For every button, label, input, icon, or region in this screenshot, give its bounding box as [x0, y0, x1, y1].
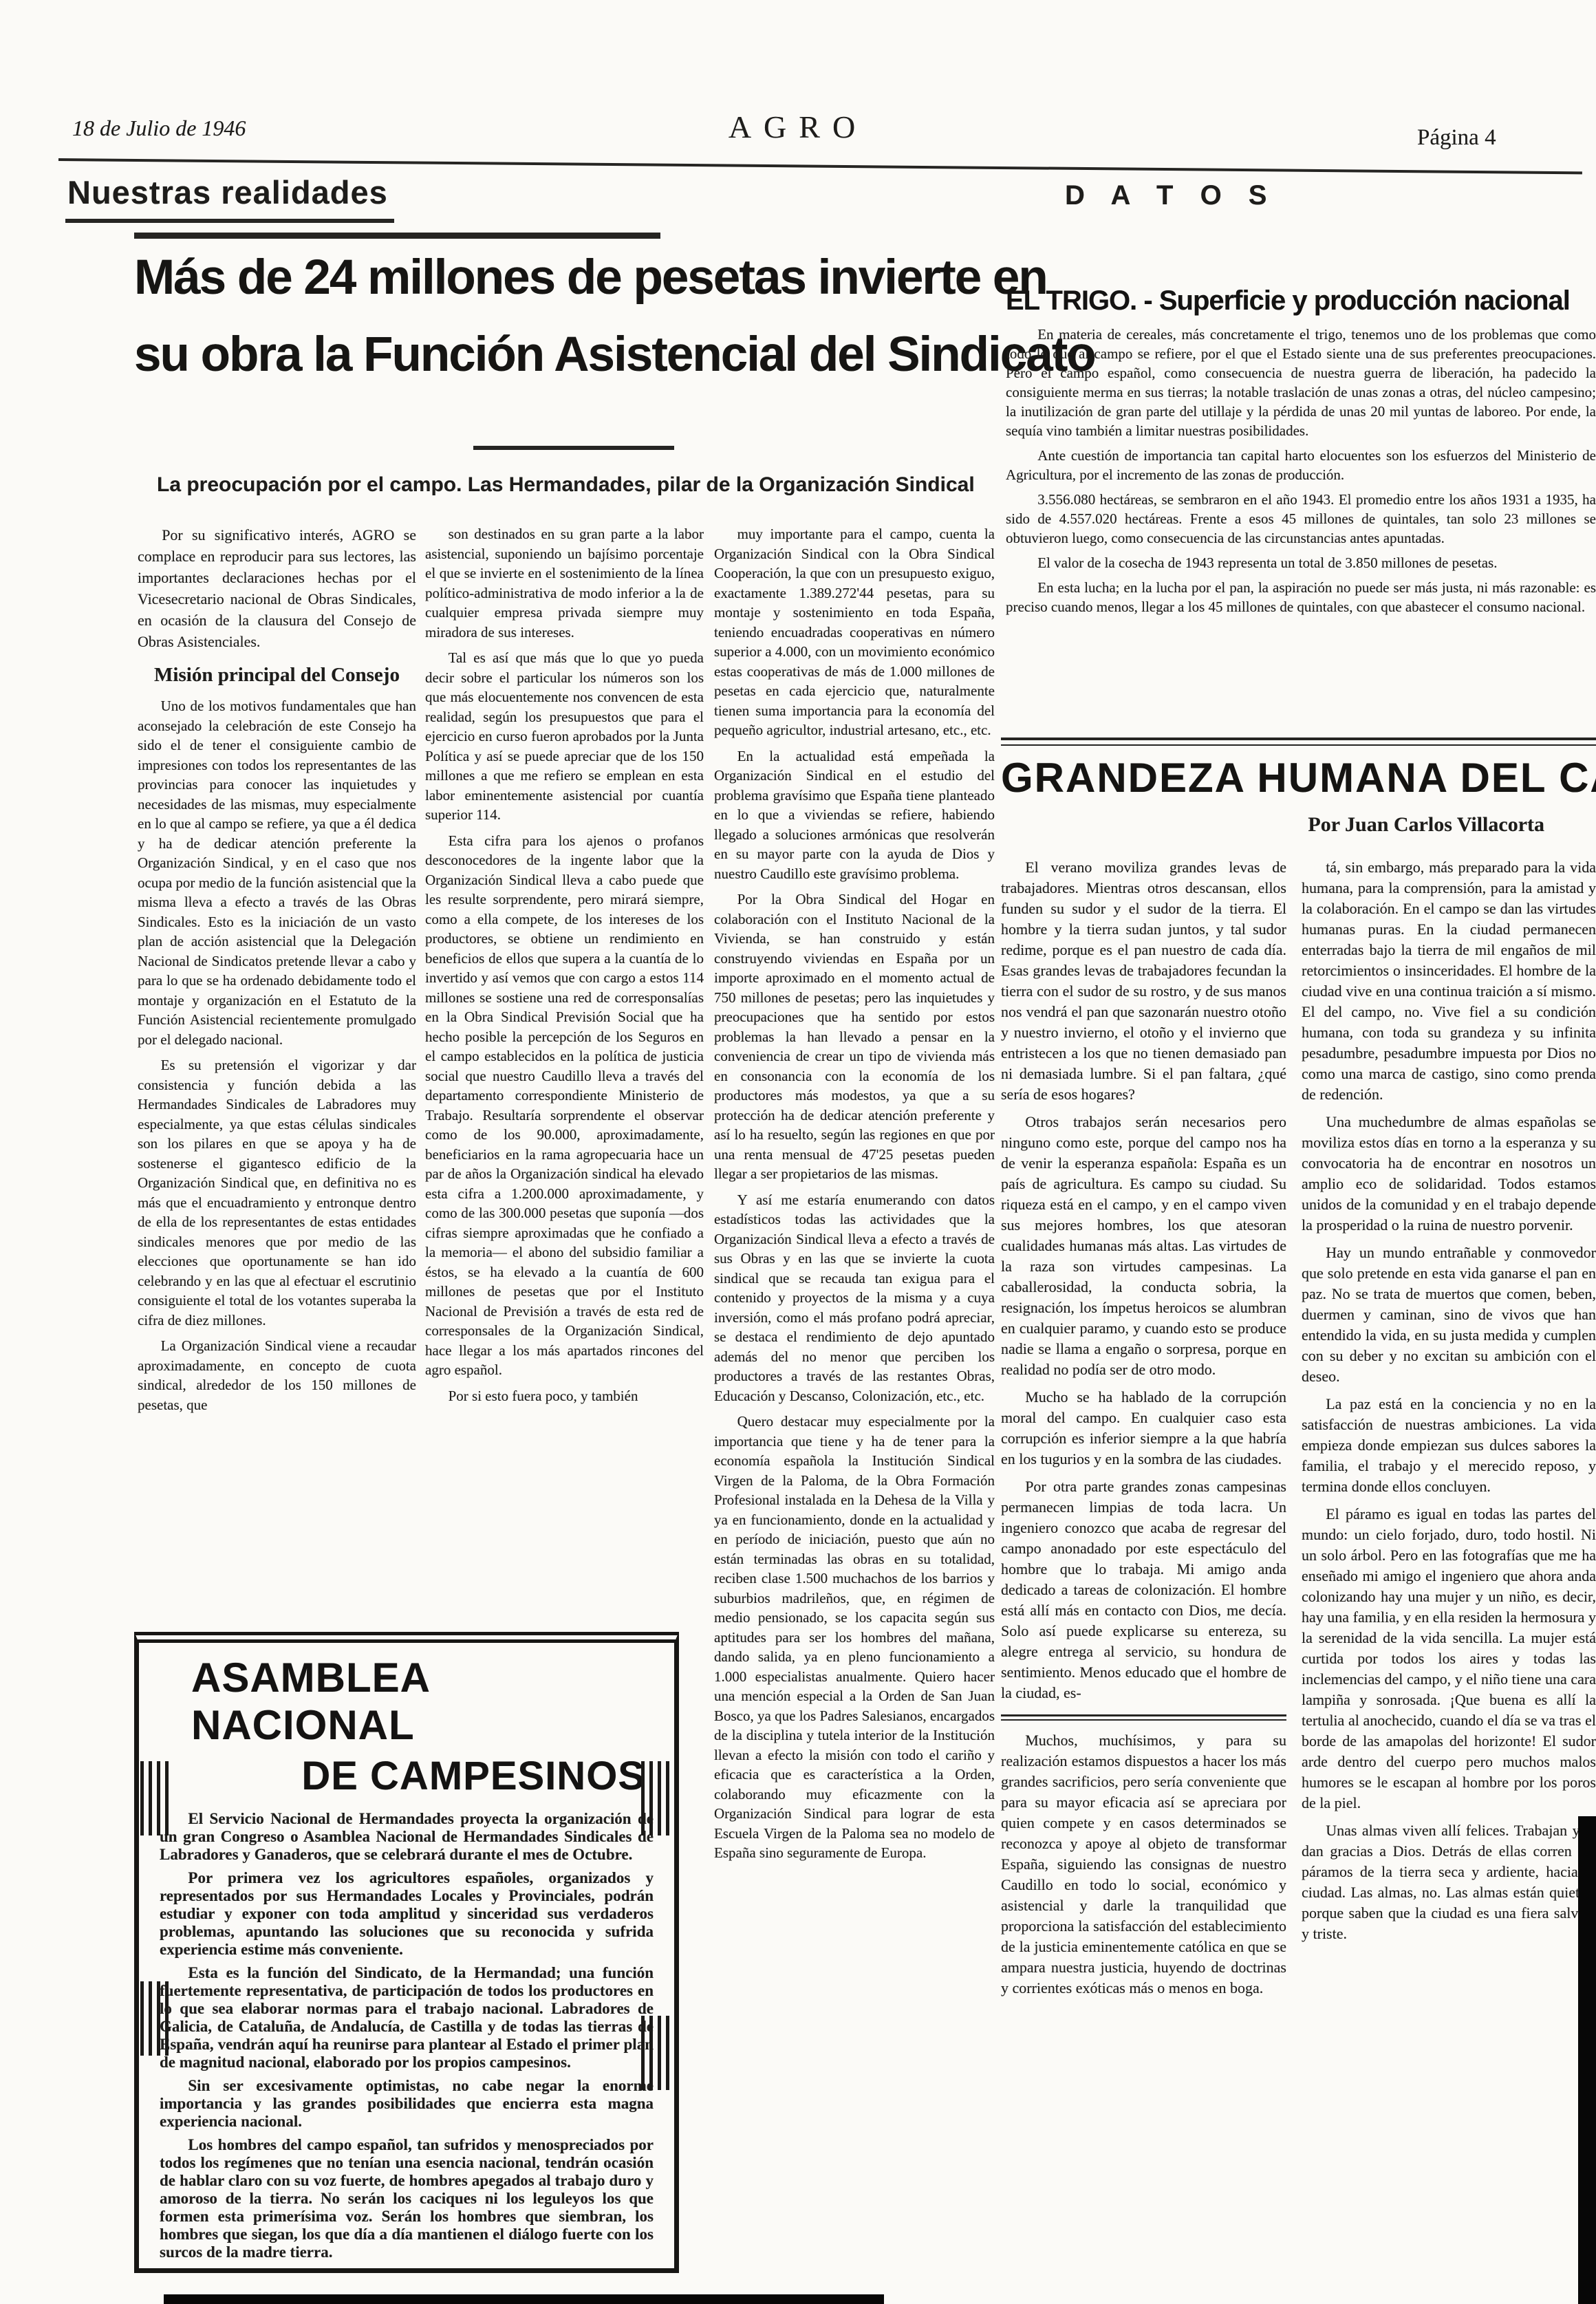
article-paragraph: Los hombres del campo español, tan sufri… [160, 2136, 654, 2261]
article-column-1: Por su significativo interés, AGRO se co… [138, 524, 416, 1656]
article-paragraph: Por otra parte grandes zonas campesinas … [1001, 1476, 1286, 1703]
newspaper-page: 18 de Julio de 1946 AGRO Página 4 Nuestr… [0, 0, 1596, 2304]
article-paragraph: Por primera vez los agricultores español… [160, 1869, 654, 1959]
article-column-3: muy importante para el campo, cuenta la … [714, 524, 995, 2275]
trigo-headline: EL TRIGO. - Superficie y producción naci… [1006, 286, 1596, 316]
article-paragraph: El Servicio Nacional de Hermandades proy… [160, 1810, 654, 1864]
headline-rule-top [134, 233, 660, 239]
grandeza-headline: GRANDEZA HUMANA DEL CAMPO [1001, 754, 1596, 801]
article-paragraph: Es su pretensión el vigorizar y dar cons… [138, 1055, 416, 1330]
article-crosshead: Misión principal del Consejo [138, 663, 416, 687]
article-paragraph: La Organización Sindical viene a recauda… [138, 1336, 416, 1414]
article-paragraph: En la actualidad está empeñada la Organi… [714, 746, 995, 884]
asamblea-box: ASAMBLEA NACIONAL DE CAMPESINOS El Servi… [134, 1632, 679, 2273]
headline-rule-bottom [473, 446, 674, 450]
grandeza-column-a: El verano moviliza grandes levas de trab… [1001, 857, 1286, 2274]
article-paragraph: Unas almas viven allí felices. Trabajan … [1302, 1820, 1596, 1944]
article-intro-paragraph: Por su significativo interés, AGRO se co… [138, 524, 416, 652]
masthead-rule [58, 158, 1582, 174]
grandeza-rule [1001, 738, 1596, 746]
scan-artifact-bottom-bar [164, 2294, 884, 2304]
kicker-left-underline [65, 219, 394, 223]
box-flourish-left-bottom [140, 1981, 171, 2056]
article-paragraph: Muchos, muchísimos, y para su realizació… [1001, 1730, 1286, 1999]
article-paragraph: Esta cifra para los ajenos o profanos de… [425, 831, 704, 1380]
grandeza-note-rule [1001, 1714, 1286, 1721]
kicker-left: Nuestras realidades [67, 173, 388, 211]
article-paragraph: Una muchedumbre de almas españolas se mo… [1302, 1112, 1596, 1236]
grandeza-column-b: tá, sin embargo, más preparado para la v… [1302, 857, 1596, 2219]
main-subhead: La preocupación por el campo. Las Herman… [157, 473, 1006, 497]
box-flourish-right-bottom [641, 2016, 671, 2090]
article-paragraph: 3.556.080 hectáreas, se sembraron en el … [1006, 490, 1596, 548]
article-paragraph: Por si esto fuera poco, y también [425, 1386, 704, 1406]
article-paragraph: son destinados en su gran parte a la lab… [425, 524, 704, 642]
article-paragraph: Sin ser excesivamente optimistas, no cab… [160, 2077, 654, 2131]
grandeza-byline: Por Juan Carlos Villacorta [1001, 813, 1544, 837]
article-paragraph: muy importante para el campo, cuenta la … [714, 524, 995, 740]
article-paragraph: El verano moviliza grandes levas de trab… [1001, 857, 1286, 1105]
article-paragraph: Uno de los motivos fundamentales que han… [138, 696, 416, 1049]
article-paragraph: Mucho se ha hablado de la corrupción mor… [1001, 1387, 1286, 1469]
article-paragraph: En esta lucha; en la lucha por el pan, l… [1006, 578, 1596, 616]
box-flourish-right-top [641, 1761, 671, 1835]
article-paragraph: Esta es la función del Sindicato, de la … [160, 1964, 654, 2071]
trigo-body: En materia de cereales, más concretament… [1006, 325, 1596, 616]
article-paragraph: Ante cuestión de importancia tan capital… [1006, 446, 1596, 484]
trigo-section: EL TRIGO. - Superficie y producción naci… [1006, 286, 1596, 736]
masthead-page-number: Página 4 [1417, 125, 1496, 151]
masthead-title: AGRO [0, 109, 1596, 145]
article-paragraph: Por la Obra Sindical del Hogar en colabo… [714, 890, 995, 1184]
article-paragraph: El páramo es igual en todas las partes d… [1302, 1504, 1596, 1813]
kicker-right: D A T O S [1065, 180, 1276, 211]
asamblea-body: El Servicio Nacional de Hermandades proy… [160, 1810, 654, 2261]
article-paragraph: Hay un mundo entrañable y conmovedor que… [1302, 1242, 1596, 1387]
article-paragraph: En materia de cereales, más concretament… [1006, 325, 1596, 440]
asamblea-title-line2: DE CAMPESINOS [160, 1753, 645, 1799]
article-paragraph: El valor de la cosecha de 1943 represent… [1006, 553, 1596, 572]
article-paragraph: Quero destacar muy especialmente por la … [714, 1412, 995, 1863]
article-paragraph: Otros trabajos serán necesarios pero nin… [1001, 1112, 1286, 1380]
article-paragraph: Tal es así que más que lo que yo pueda d… [425, 648, 704, 825]
article-paragraph: tá, sin embargo, más preparado para la v… [1302, 857, 1596, 1105]
article-column-2: son destinados en su gran parte a la lab… [425, 524, 704, 1659]
scan-artifact-right-bar [1578, 1816, 1596, 2304]
article-paragraph: Y así me estaría enumerando con datos es… [714, 1190, 995, 1406]
article-paragraph: La paz está en la conciencia y no en la … [1302, 1394, 1596, 1497]
box-flourish-left-top [140, 1761, 171, 1835]
asamblea-title-line1: ASAMBLEA NACIONAL [191, 1654, 654, 1749]
